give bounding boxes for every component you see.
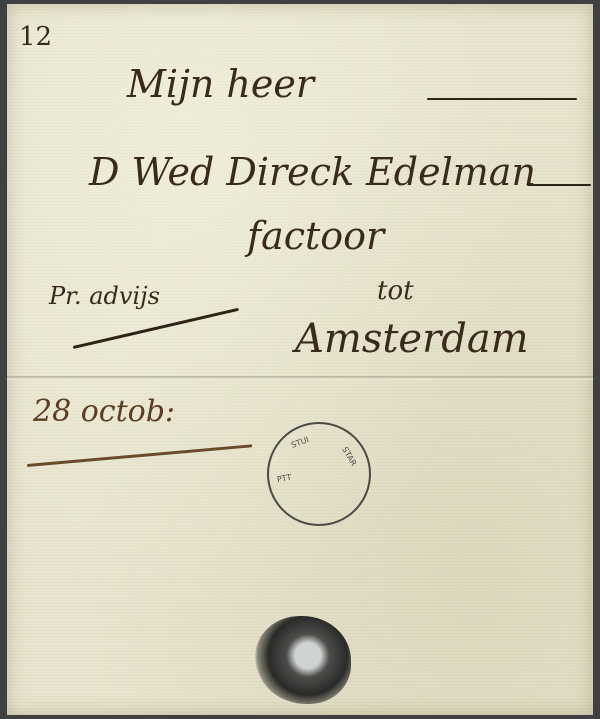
postmark-text-top: STUI xyxy=(290,435,310,450)
salutation: Mijn heer xyxy=(127,62,314,106)
routing-underline xyxy=(73,308,239,349)
wax-seal xyxy=(255,616,351,704)
routing-note: Pr. advijs xyxy=(49,282,160,310)
addressee-flourish-line xyxy=(527,184,591,186)
destination-city: Amsterdam xyxy=(295,316,529,362)
postmark-stamp: STUI PTT STAR xyxy=(267,422,371,526)
postmark-text-right: STAR xyxy=(340,445,358,467)
letter-sheet: 12 Mijn heer D Wed Direck Edelman factoo… xyxy=(7,4,593,715)
fold-crease xyxy=(7,376,593,380)
sheet-number: 12 xyxy=(19,22,52,52)
addressee-name: D Wed Direck Edelman xyxy=(89,150,536,194)
date-note: 28 octob: xyxy=(33,394,175,429)
postmark-text-left: PTT xyxy=(276,473,292,484)
date-underline xyxy=(27,444,252,467)
addressee-role: factoor xyxy=(247,214,384,258)
scan-frame: 12 Mijn heer D Wed Direck Edelman factoo… xyxy=(0,0,600,719)
address-preposition: tot xyxy=(377,276,414,306)
salutation-flourish-line xyxy=(427,98,577,100)
